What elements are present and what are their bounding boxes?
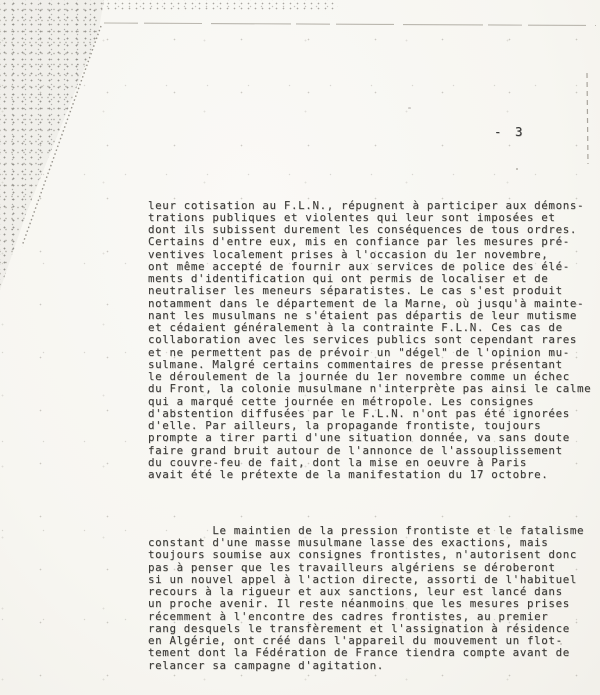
scan-speck	[560, 643, 562, 645]
page-number: - 3	[494, 124, 526, 139]
paragraph-2: Le maintien de la pression frontiste et …	[148, 525, 594, 672]
scan-speck	[408, 107, 411, 109]
page-right-edge-dashes	[587, 73, 588, 164]
scan-speck	[516, 168, 518, 170]
page-top-edge-line	[104, 23, 596, 26]
document-body: leur cotisation au F.L.N., répugnent à p…	[148, 175, 594, 695]
paragraph-1: leur cotisation au F.L.N., répugnent à p…	[148, 200, 594, 482]
fold-diagonal-edge	[22, 26, 101, 246]
scanned-document-page: - 3 leur cotisation au F.L.N., répugnent…	[0, 0, 600, 695]
